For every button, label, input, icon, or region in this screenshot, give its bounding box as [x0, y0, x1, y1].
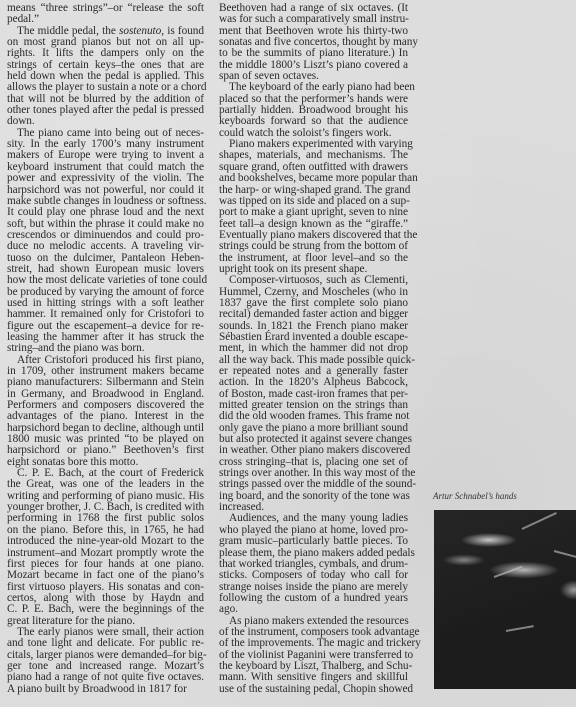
text-line: recital) demanded faster action and bigg… [219, 309, 408, 320]
document-page: means “three strings”–or “release the so… [0, 0, 576, 707]
text-line: port to make a giant upright, seven to n… [219, 207, 408, 218]
photo-schnabel-hands [434, 510, 576, 689]
text-line: A piano built by Broadwood in 1817 for [7, 684, 204, 695]
text-line: string–and the piano was born. [7, 343, 204, 354]
photo-caption: Artur Schnabel’s hands [433, 491, 517, 501]
text-line: and tone light and delicate. For public … [7, 638, 204, 649]
right-paragraph: Audiences, and the many young ladieswho … [219, 513, 408, 615]
text-line: C. P. E. Bach, were the beginnings of th… [7, 604, 204, 615]
left-paragraph: C. P. E. Bach, at the court of Frederick… [7, 468, 204, 627]
text-line: It could play one phrase loud and the ne… [7, 207, 204, 218]
right-paragraph: The keyboard of the early piano had been… [219, 82, 408, 139]
right-paragraph: As piano makers extended the resourcesof… [219, 616, 408, 695]
text-line: gram music–particularly battle pieces. T… [219, 536, 408, 547]
text-line: following the custom of a hundred years [219, 593, 408, 604]
text-line: was for such a comparatively small instr… [219, 14, 408, 25]
text-line: strings could be strung from the bottom … [219, 241, 408, 252]
text-line: of the improvements. The magic and trick… [219, 638, 408, 649]
left-column: means “three strings”–or “release the so… [7, 3, 204, 695]
left-paragraph: The middle pedal, the sostenuto, is foun… [7, 26, 204, 128]
text-line: piano had a range of not quite five octa… [7, 672, 204, 683]
text-line: introduced the nine-year-old Mozart to t… [7, 536, 204, 547]
left-paragraph: The early pianos were small, their actio… [7, 627, 204, 695]
left-paragraph: The piano came into being out of neces-s… [7, 128, 204, 355]
text-line: ment, in which the hammer did not drop [219, 343, 408, 354]
text-line: duce no melodic accents. A traveling vir… [7, 241, 204, 252]
left-paragraph: After Cristofori produced his first pian… [7, 355, 204, 468]
right-column: Beethoven had a range of six octaves. (I… [219, 3, 408, 695]
left-paragraph: means “three strings”–or “release the so… [7, 3, 204, 26]
text-line: power and expressivity of the violin. Th… [7, 173, 204, 184]
text-line: use of the sustaining pedal, Chopin show… [219, 684, 408, 695]
text-line: hammer. It remained only for Cristofori … [7, 309, 204, 320]
text-line: piano manufacturers: Silbermann and Stei… [7, 377, 204, 388]
text-line: mann. With sensitive fingers and skillfu… [219, 672, 408, 683]
text-line: how the most delicate varieties of tone … [7, 275, 204, 286]
text-line: and bookshelves, became more popular tha… [219, 173, 408, 184]
text-line: sticks. Composers of today who call for [219, 570, 408, 581]
text-line: ago. [219, 604, 408, 615]
right-paragraph: Composer-virtuosos, such as Clementi,Hum… [219, 275, 408, 513]
text-line: action. In the 1820’s Alpheus Babcock, [219, 377, 408, 388]
text-line: other tones played after the pedal is pr… [7, 105, 204, 116]
right-paragraph: Beethoven had a range of six octaves. (I… [219, 3, 408, 82]
text-line: Mozart became in fact one of the piano’s [7, 570, 204, 581]
text-line: Composer-virtuosos, such as Clementi, [219, 275, 408, 286]
right-paragraph: Piano makers experimented with varyingsh… [219, 139, 408, 275]
text-line: pedal.” [7, 14, 204, 25]
